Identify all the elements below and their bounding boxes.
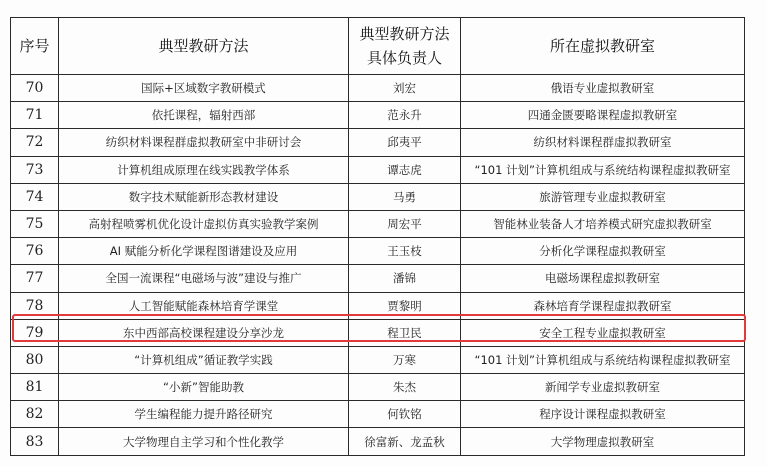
row-owner: 刘宏 bbox=[349, 75, 461, 102]
header-row: 序号 典型教研方法 典型教研方法 具体负责人 所在虚拟教研室 bbox=[11, 18, 745, 75]
row-office: “101 计划”计算机组成与系统结构课程虚拟教研室 bbox=[461, 346, 745, 373]
row-owner: 范永升 bbox=[349, 102, 461, 129]
row-office: 程序设计课程虚拟教研室 bbox=[461, 401, 745, 428]
row-office: 新闻学专业虚拟教研室 bbox=[461, 374, 745, 401]
table-row: 75高射程喷雾机优化设计虚拟仿真实验教学案例周宏平智能林业装备人才培养模式研究虚… bbox=[11, 210, 745, 237]
row-method: 学生编程能力提升路径研究 bbox=[59, 401, 349, 428]
row-method: 计算机组成原理在线实践教学体系 bbox=[59, 156, 349, 183]
row-index: 76 bbox=[11, 238, 59, 265]
row-office: 智能林业装备人才培养模式研究虚拟教研室 bbox=[461, 210, 745, 237]
table-row: 80“计算机组成”循证教学实践万寒“101 计划”计算机组成与系统结构课程虚拟教… bbox=[11, 346, 745, 373]
row-method: AI 赋能分析化学课程图谱建设及应用 bbox=[59, 238, 349, 265]
table-row: 76AI 赋能分析化学课程图谱建设及应用王玉枝分析化学课程虚拟教研室 bbox=[11, 238, 745, 265]
row-office: “101 计划”计算机组成与系统结构课程虚拟教研室 bbox=[461, 156, 745, 183]
row-office: 旅游管理专业虚拟教研室 bbox=[461, 183, 745, 210]
row-office: 大学物理虚拟教研室 bbox=[461, 428, 745, 455]
header-index: 序号 bbox=[11, 18, 59, 75]
table-row: 83大学物理自主学习和个性化教学徐富新、龙孟秋大学物理虚拟教研室 bbox=[11, 428, 745, 455]
table-row: 70国际+区域数字教研模式刘宏俄语专业虚拟教研室 bbox=[11, 75, 745, 102]
row-index: 80 bbox=[11, 346, 59, 373]
row-index: 82 bbox=[11, 401, 59, 428]
row-method: “小新”智能助教 bbox=[59, 374, 349, 401]
table-row: 79东中西部高校课程建设分享沙龙程卫民安全工程专业虚拟教研室 bbox=[11, 319, 745, 346]
row-owner: 贾黎明 bbox=[349, 292, 461, 319]
row-office: 电磁场课程虚拟教研室 bbox=[461, 265, 745, 292]
row-index: 79 bbox=[11, 319, 59, 346]
row-office: 安全工程专业虚拟教研室 bbox=[461, 319, 745, 346]
row-index: 75 bbox=[11, 210, 59, 237]
row-method: 全国一流课程“电磁场与波”建设与推广 bbox=[59, 265, 349, 292]
row-owner: 潘锦 bbox=[349, 265, 461, 292]
row-method: 高射程喷雾机优化设计虚拟仿真实验教学案例 bbox=[59, 210, 349, 237]
row-method: 依托课程，辐射西部 bbox=[59, 102, 349, 129]
row-index: 81 bbox=[11, 374, 59, 401]
row-office: 四通金匮要略课程虚拟教研室 bbox=[461, 102, 745, 129]
header-method: 典型教研方法 bbox=[59, 18, 349, 75]
row-index: 73 bbox=[11, 156, 59, 183]
row-owner: 邱夷平 bbox=[349, 129, 461, 156]
table-row: 74数字技术赋能新形态教材建设马勇旅游管理专业虚拟教研室 bbox=[11, 183, 745, 210]
header-owner: 典型教研方法 具体负责人 bbox=[349, 18, 461, 75]
row-index: 74 bbox=[11, 183, 59, 210]
row-office: 俄语专业虚拟教研室 bbox=[461, 75, 745, 102]
document-page: 序号 典型教研方法 典型教研方法 具体负责人 所在虚拟教研室 70国际+区域数字… bbox=[0, 0, 767, 466]
row-index: 71 bbox=[11, 102, 59, 129]
row-owner: 程卫民 bbox=[349, 319, 461, 346]
table-row: 71依托课程，辐射西部范永升四通金匮要略课程虚拟教研室 bbox=[11, 102, 745, 129]
row-method: “计算机组成”循证教学实践 bbox=[59, 346, 349, 373]
teaching-methods-table: 序号 典型教研方法 典型教研方法 具体负责人 所在虚拟教研室 70国际+区域数字… bbox=[10, 17, 745, 456]
header-owner-line1: 典型教研方法 bbox=[349, 22, 460, 46]
row-method: 国际+区域数字教研模式 bbox=[59, 75, 349, 102]
row-owner: 朱杰 bbox=[349, 374, 461, 401]
table-row: 72纺织材料课程群虚拟教研室中非研讨会邱夷平纺织材料课程群虚拟教研室 bbox=[11, 129, 745, 156]
row-method: 数字技术赋能新形态教材建设 bbox=[59, 183, 349, 210]
row-method: 纺织材料课程群虚拟教研室中非研讨会 bbox=[59, 129, 349, 156]
row-method: 东中西部高校课程建设分享沙龙 bbox=[59, 319, 349, 346]
table-row: 73计算机组成原理在线实践教学体系谭志虎“101 计划”计算机组成与系统结构课程… bbox=[11, 156, 745, 183]
row-owner: 徐富新、龙孟秋 bbox=[349, 428, 461, 455]
row-index: 77 bbox=[11, 265, 59, 292]
row-owner: 万寒 bbox=[349, 346, 461, 373]
row-index: 83 bbox=[11, 428, 59, 455]
header-office: 所在虚拟教研室 bbox=[461, 18, 745, 75]
row-method: 人工智能赋能森林培育学课堂 bbox=[59, 292, 349, 319]
row-index: 70 bbox=[11, 75, 59, 102]
row-index: 72 bbox=[11, 129, 59, 156]
row-owner: 周宏平 bbox=[349, 210, 461, 237]
table-row: 81“小新”智能助教朱杰新闻学专业虚拟教研室 bbox=[11, 374, 745, 401]
row-owner: 王玉枝 bbox=[349, 238, 461, 265]
row-office: 分析化学课程虚拟教研室 bbox=[461, 238, 745, 265]
row-office: 森林培育学课程虚拟教研室 bbox=[461, 292, 745, 319]
row-index: 78 bbox=[11, 292, 59, 319]
header-owner-line2: 具体负责人 bbox=[349, 46, 460, 70]
row-office: 纺织材料课程群虚拟教研室 bbox=[461, 129, 745, 156]
row-owner: 谭志虎 bbox=[349, 156, 461, 183]
table-row: 77全国一流课程“电磁场与波”建设与推广潘锦电磁场课程虚拟教研室 bbox=[11, 265, 745, 292]
row-owner: 何钦铭 bbox=[349, 401, 461, 428]
table-row: 78人工智能赋能森林培育学课堂贾黎明森林培育学课程虚拟教研室 bbox=[11, 292, 745, 319]
table-row: 82学生编程能力提升路径研究何钦铭程序设计课程虚拟教研室 bbox=[11, 401, 745, 428]
row-owner: 马勇 bbox=[349, 183, 461, 210]
row-method: 大学物理自主学习和个性化教学 bbox=[59, 428, 349, 455]
